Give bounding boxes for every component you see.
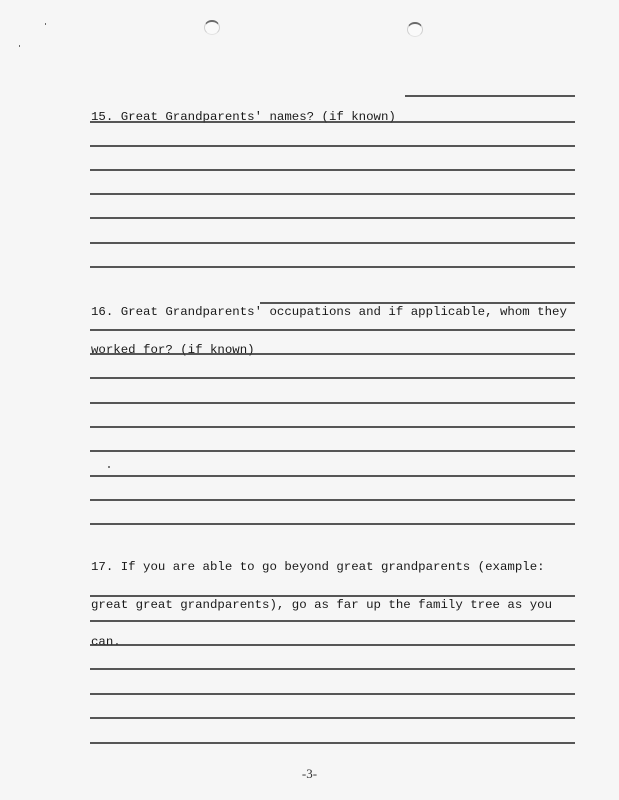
question-16-line-1: 16. Great Grandparents' occupations and … (91, 306, 581, 319)
scan-speck (45, 23, 46, 25)
question-16-answer-line[interactable] (90, 450, 575, 452)
question-16-answer-line[interactable] (90, 329, 575, 331)
document-page: 15. Great Grandparents' names? (if known… (0, 0, 619, 800)
scan-speck (108, 466, 110, 468)
question-15-inline-answer-line[interactable] (405, 95, 575, 97)
question-17-line-2: great great grandparents), go as far up … (91, 599, 581, 612)
question-17-line-1: 17. If you are able to go beyond great g… (91, 561, 581, 574)
question-16-answer-line[interactable] (90, 353, 575, 355)
question-16-text: 16. Great Grandparents' occupations and … (91, 281, 581, 381)
question-16-answer-line[interactable] (90, 426, 575, 428)
page-number: -3- (0, 766, 619, 782)
question-15-answer-line[interactable] (90, 193, 575, 195)
question-15-answer-line[interactable] (90, 121, 575, 123)
question-17-answer-line[interactable] (90, 668, 575, 670)
question-17-answer-line[interactable] (90, 644, 575, 646)
question-15-answer-line[interactable] (90, 242, 575, 244)
question-17-line-3: can. (91, 636, 581, 649)
question-16-answer-line[interactable] (90, 402, 575, 404)
scan-speck (19, 45, 20, 47)
question-16-answer-line[interactable] (90, 523, 575, 525)
question-16-answer-line[interactable] (90, 499, 575, 501)
question-17-answer-line[interactable] (90, 742, 575, 744)
question-16-answer-line[interactable] (90, 475, 575, 477)
question-15-answer-line[interactable] (90, 169, 575, 171)
question-15-answer-line[interactable] (90, 145, 575, 147)
question-16-inline-answer-line[interactable] (260, 302, 575, 304)
question-17-answer-line[interactable] (90, 693, 575, 695)
question-17-answer-line[interactable] (90, 620, 575, 622)
punch-hole-left (204, 20, 220, 35)
question-15-answer-line[interactable] (90, 217, 575, 219)
punch-hole-right (407, 22, 423, 37)
question-17-answer-line[interactable] (90, 717, 575, 719)
question-17-text: 17. If you are able to go beyond great g… (91, 536, 581, 674)
question-17-answer-line[interactable] (90, 595, 575, 597)
question-15-answer-line[interactable] (90, 266, 575, 268)
question-16-answer-line[interactable] (90, 377, 575, 379)
